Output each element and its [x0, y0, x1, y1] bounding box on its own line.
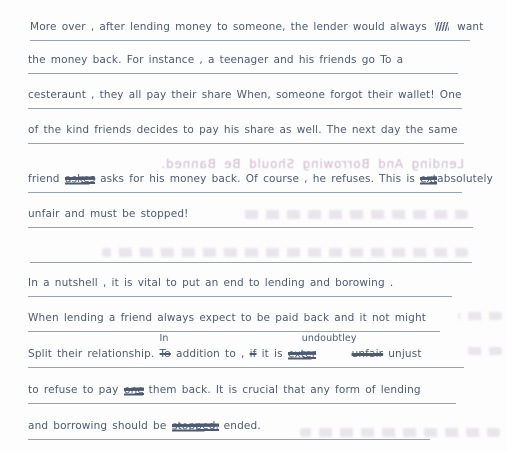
bleedthrough-smudge — [300, 428, 500, 437]
crossed-out-text: if — [250, 348, 257, 360]
bleedthrough-smudge — [238, 210, 468, 219]
handwriting-text: absolutely — [437, 173, 493, 185]
handwritten-line: cesteraunt , they all pay their share Wh… — [28, 84, 462, 109]
handwriting-text: asks for his money back. Of course , he … — [95, 173, 420, 185]
handwriting-text — [316, 348, 352, 360]
crossed-out-text: unfair — [352, 348, 384, 360]
handwritten-line: More over , after lending money to someo… — [30, 16, 470, 41]
handwriting-text: ended. — [219, 420, 261, 432]
bleedthrough-smudge — [462, 347, 502, 355]
crossed-out-text: askes — [65, 168, 95, 191]
bleedthrough-smudge — [102, 248, 468, 257]
handwriting-text: to refuse to pay — [28, 384, 124, 396]
handwriting-text: In a nutshell , it is vital to put an en… — [28, 277, 393, 289]
correction-wrap: ToIn — [160, 343, 171, 366]
handwriting-text: When lending a friend always expect to b… — [28, 312, 426, 324]
handwriting-text: want — [452, 21, 483, 33]
handwriting-text: them back. It is crucial that any form o… — [144, 384, 421, 396]
handwritten-line: the money back. For instance , a teenage… — [28, 49, 458, 74]
handwriting-text: More over , after lending money to someo… — [30, 21, 432, 33]
handwritten-line: of the kind friends decides to pay his s… — [28, 119, 464, 144]
handwriting-text: the money back. For instance , a teenage… — [28, 54, 403, 66]
crossed-out-text: To — [160, 348, 171, 360]
handwriting-text: cesteraunt , they all pay their share Wh… — [28, 89, 462, 101]
handwritten-line: to refuse to pay one them back. It is cr… — [28, 379, 456, 404]
correction-wrap: exterundoubtley — [288, 343, 316, 366]
handwriting-text: and borrowing should be — [28, 420, 172, 432]
crossed-out-text: exter — [288, 343, 316, 366]
handwritten-line: When lending a friend always expect to b… — [28, 307, 440, 332]
bleedthrough-smudge — [458, 312, 502, 320]
handwriting-text: unfair and must be stopped! — [28, 208, 189, 220]
scanned-essay-page: More over , after lending money to someo… — [0, 0, 507, 453]
handwritten-line: Split their relationship. ToIn addition … — [28, 343, 464, 368]
handwriting-text: unjust — [383, 348, 421, 360]
handwriting-text: addition to , — [171, 348, 250, 360]
inserted-word-above: undoubtley — [302, 334, 357, 344]
crossed-out-text: one — [123, 379, 143, 402]
handwriting-text: friend — [28, 173, 65, 185]
handwriting-text: Split their relationship. — [28, 348, 160, 360]
scribbled-out-blob — [435, 22, 449, 31]
inserted-word-above: In — [160, 334, 169, 344]
bleedthrough-title-mirrored: Lending And Borrowing Should Be Banned. — [100, 157, 464, 173]
handwritten-line: In a nutshell , it is vital to put an en… — [28, 272, 452, 297]
handwriting-text: of the kind friends decides to pay his s… — [28, 124, 458, 136]
handwriting-text: it is — [257, 348, 288, 360]
crossed-out-text: stopped, — [171, 415, 218, 438]
